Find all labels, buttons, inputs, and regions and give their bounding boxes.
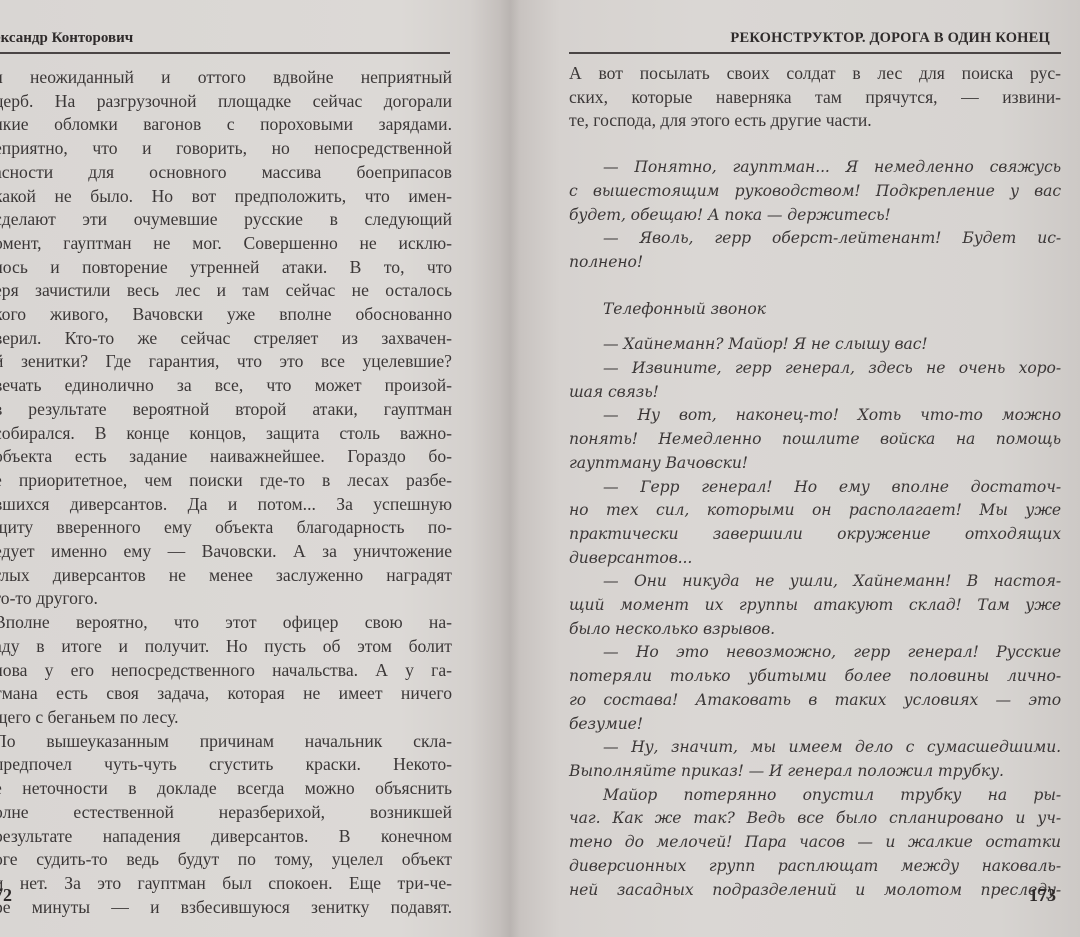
text-line: Телефонный звонок — [569, 298, 1061, 322]
text-line: го-то другого. — [0, 587, 452, 611]
text-line: будет, обещаю! А пока — держитесь! — [569, 204, 1061, 228]
text-line: результате нападения диверсантов. В коне… — [0, 825, 452, 849]
text-line: тено до мелочей! Пара часов — и жалкие о… — [569, 831, 1061, 855]
text-line: асности для основного массива боеприпасо… — [0, 161, 452, 185]
text-line: — Ну, значит, мы имеем дело с сумасшедши… — [569, 736, 1061, 760]
text-line: было несколько взрывов. — [569, 618, 1061, 642]
text-line: собирался. В конце концов, защита столь … — [0, 422, 452, 446]
text-line: потеряли только убитыми более половины л… — [569, 665, 1061, 689]
text-line: омент, гауптман не мог. Совершенно не ис… — [0, 232, 452, 256]
text-line: полнено! — [569, 251, 1061, 275]
text-line: шая связь! — [569, 381, 1061, 405]
text-line: практически завершили окружение отходящи… — [569, 523, 1061, 547]
text-line: й зенитки? Где гарантия, что это все уце… — [0, 350, 452, 374]
text-line: л неожиданный и оттого вдвойне неприятны… — [0, 66, 452, 90]
text-line: ских, которые наверняка там прячутся, — … — [569, 86, 1061, 110]
text-line: гауптману Вачовски! — [569, 452, 1061, 476]
text-line: ре минуты — и взбесившуюся зенитку подав… — [0, 896, 452, 920]
text-line: церб. На разгрузочной площадке сейчас до… — [0, 90, 452, 114]
text-line: с вышестоящим руководством! Подкрепление… — [569, 180, 1061, 204]
text-line: лова у его непосредственного начальства.… — [0, 659, 452, 683]
running-head-author: ександр Конторович — [0, 30, 133, 47]
text-line: безумие! — [569, 713, 1061, 737]
book-spread: ександр Конторович л неожиданный и оттог… — [0, 0, 1080, 937]
header-rule — [0, 52, 450, 54]
text-line: А вот посылать своих солдат в лес для по… — [569, 62, 1061, 86]
text-line: кого живого, Вачовски уже вполне обоснов… — [0, 303, 452, 327]
text-line: — Ну вот, наконец-то! Хоть что-то можно — [569, 404, 1061, 428]
text-line: е неточности в докладе всегда можно объя… — [0, 777, 452, 801]
text-line: — Понятно, гауптман... Я немедленно свяж… — [569, 156, 1061, 180]
page-number: 173 — [1029, 885, 1056, 906]
text-line: — Герр генерал! Но ему вполне достаточ- — [569, 476, 1061, 500]
text-line: те, господа, для этого есть другие части… — [569, 109, 1061, 133]
text-line: аду в итоге и получит. Но пусть об этом … — [0, 635, 452, 659]
right-page: РЕКОНСТРУКТОР. ДОРОГА В ОДИН КОНЕЦ А вот… — [512, 0, 1080, 937]
text-line: олне естественной неразберихой, возникше… — [0, 801, 452, 825]
left-body-text: л неожиданный и оттого вдвойне неприятны… — [0, 66, 452, 919]
text-line: е приоритетное, чем поиски где-то в леса… — [0, 469, 452, 493]
text-line: едует именно ему — Вачовски. А за уничто… — [0, 540, 452, 564]
paragraph-gap — [569, 133, 1061, 156]
text-line: — Хайнеманн? Майор! Я не слышу вас! — [569, 333, 1061, 357]
text-line: и нет. За это гауптман был спокоен. Еще … — [0, 872, 452, 896]
text-line: тмана есть своя задача, которая не имеет… — [0, 682, 452, 706]
text-line: глых диверсантов не менее заслуженно наг… — [0, 564, 452, 588]
text-line: какой не было. Но вот предположить, что … — [0, 185, 452, 209]
text-line: го состава! Атаковать в таких условиях —… — [569, 689, 1061, 713]
text-line: диверсантов... — [569, 547, 1061, 571]
text-line: По вышеуказанным причинам начальник скла… — [0, 730, 452, 754]
text-line: чаг. Как же так? Ведь все было спланиров… — [569, 807, 1061, 831]
text-line: диверсионных групп расплющат между наков… — [569, 855, 1061, 879]
text-line: вшихся диверсантов. Да и потом... За усп… — [0, 493, 452, 517]
text-line: верил. Кто-то же сейчас стреляет из захв… — [0, 327, 452, 351]
text-line: ней засадных подразделений и молотом пре… — [569, 879, 1061, 903]
text-line: Майор потерянно опустил трубку на ры- — [569, 784, 1061, 808]
paragraph-gap — [569, 275, 1061, 298]
running-head-title: РЕКОНСТРУКТОР. ДОРОГА В ОДИН КОНЕЦ — [730, 30, 1050, 47]
text-line: — Но это невозможно, герр генерал! Русск… — [569, 641, 1061, 665]
text-line: лось и повторение утренней атаки. В то, … — [0, 256, 452, 280]
text-line: щиту вверенного ему объекта благодарност… — [0, 516, 452, 540]
text-line: понять! Немедленно пошлите войска на пом… — [569, 428, 1061, 452]
left-page: ександр Конторович л неожиданный и оттог… — [0, 0, 512, 937]
text-line: — Они никуда не ушли, Хайнеманн! В насто… — [569, 570, 1061, 594]
text-line: но тех сил, которыми он располагает! Мы … — [569, 499, 1061, 523]
paragraph-gap — [569, 321, 1061, 333]
text-line: объекта есть задание наиважнейшее. Гораз… — [0, 445, 452, 469]
text-line: Вполне вероятно, что этот офицер свою на… — [0, 611, 452, 635]
text-line: щий момент их группы атакуют склад! Там … — [569, 594, 1061, 618]
text-line: щего с беганьем по лесу. — [0, 706, 452, 730]
page-number: 72 — [0, 885, 12, 906]
text-line: — Яволь, герр оберст-лейтенант! Будет ис… — [569, 227, 1061, 251]
text-line: в результате вероятной второй атаки, гау… — [0, 398, 452, 422]
text-line: еря зачистили весь лес и там сейчас не о… — [0, 279, 452, 303]
text-line: Выполняйте приказ! — И генерал положил т… — [569, 760, 1061, 784]
text-line: оге судить-то ведь будут по тому, уцелел… — [0, 848, 452, 872]
text-line: — Извините, герр генерал, здесь не очень… — [569, 357, 1061, 381]
header-rule — [569, 52, 1061, 54]
text-line: лкие обломки вагонов с пороховыми заряда… — [0, 113, 452, 137]
right-body-text: А вот посылать своих солдат в лес для по… — [569, 62, 1061, 902]
text-line: еприятно, что и говорить, но непосредств… — [0, 137, 452, 161]
text-line: вечать единолично за все, что может прои… — [0, 374, 452, 398]
text-line: сделают эти очумевшие русские в следующи… — [0, 208, 452, 232]
text-line: предпочел чуть-чуть сгустить краски. Нек… — [0, 753, 452, 777]
